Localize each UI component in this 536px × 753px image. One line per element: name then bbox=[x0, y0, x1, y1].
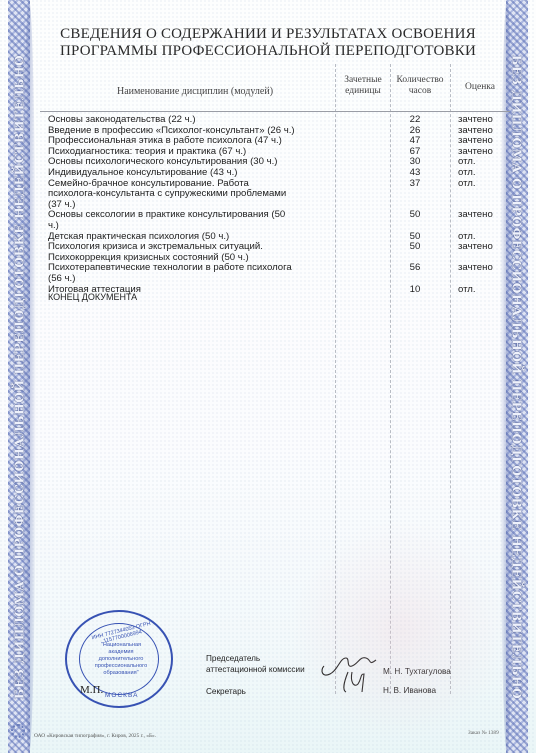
header-credits-line2: единицы bbox=[336, 86, 390, 97]
discipline-name: Основы сексологии в практике консультиро… bbox=[48, 210, 298, 231]
secretary-label: Секретарь bbox=[206, 686, 246, 697]
title-line-2: ПРОГРАММЫ ПРОФЕССИОНАЛЬНОЙ ПЕРЕПОДГОТОВК… bbox=[40, 43, 496, 60]
discipline-hours: 56 bbox=[400, 263, 430, 274]
discipline-grade: зачтено bbox=[458, 210, 493, 221]
header-credits-line1: Зачетные bbox=[336, 75, 390, 86]
discipline-name: Психотерапевтические технологии в работе… bbox=[48, 263, 298, 284]
discipline-hours: 37 bbox=[400, 179, 430, 190]
document-page: БЕЗ ДИПЛОМА О ПРОФЕССИОНАЛЬНОЙ ПЕРЕПОДГО… bbox=[0, 0, 536, 753]
header-hours-line2: часов bbox=[391, 86, 449, 97]
chairman-name: М. Н. Тухтагулова bbox=[383, 667, 451, 676]
disciplines-table-body: Основы законодательства (22 ч.)22зачтено… bbox=[48, 115, 508, 295]
chairman-label-line1: Председатель bbox=[206, 653, 305, 664]
discipline-hours: 10 bbox=[400, 285, 430, 296]
header-divider bbox=[40, 111, 510, 112]
discipline-grade: зачтено bbox=[458, 115, 493, 126]
seal-place-mark: М.П. bbox=[80, 684, 103, 696]
discipline-hours: 22 bbox=[400, 115, 430, 126]
right-guilloche-border: БЕЗ ДИПЛОМА О ПРОФЕССИОНАЛЬНОЙ ПЕРЕПОДГО… bbox=[506, 0, 528, 753]
discipline-name: Индивидуальное консультирование (43 ч.) bbox=[48, 168, 298, 179]
discipline-name: Психология кризиса и экстремальных ситуа… bbox=[48, 242, 298, 263]
header-hours-line1: Количество bbox=[391, 75, 449, 86]
seal-organization-name: "Национальная академия дополнительного п… bbox=[93, 642, 149, 677]
table-row: Основы законодательства (22 ч.)22зачтено bbox=[48, 115, 508, 126]
discipline-name: Основы законодательства (22 ч.) bbox=[48, 115, 298, 126]
header-hours: Количество часов bbox=[391, 75, 449, 97]
secretary-name: Н. В. Иванова bbox=[383, 686, 436, 695]
right-border-text: БЕЗ ДИПЛОМА О ПРОФЕССИОНАЛЬНОЙ ПЕРЕПОДГО… bbox=[510, 54, 525, 698]
document-title: СВЕДЕНИЯ О СОДЕРЖАНИИ И РЕЗУЛЬТАТАХ ОСВО… bbox=[40, 26, 496, 60]
title-line-1: СВЕДЕНИЯ О СОДЕРЖАНИИ И РЕЗУЛЬТАТАХ ОСВО… bbox=[40, 26, 496, 43]
left-guilloche-border: БЕЗ ДИПЛОМА О ПРОФЕССИОНАЛЬНОЙ ПЕРЕПОДГО… bbox=[8, 0, 30, 753]
discipline-grade: зачтено bbox=[458, 263, 493, 274]
gear-ornament-icon bbox=[11, 724, 25, 738]
header-credits: Зачетные единицы bbox=[336, 75, 390, 97]
chairman-label: Председатель аттестационной комиссии bbox=[206, 653, 305, 675]
order-number: Заказ № 1389 bbox=[468, 730, 499, 736]
discipline-hours: 50 bbox=[400, 242, 430, 253]
end-of-document-marker: КОНЕЦ ДОКУМЕНТА bbox=[48, 292, 137, 302]
discipline-name: Семейно-брачное консультирование. Работа… bbox=[48, 179, 298, 211]
table-row: Основы сексологии в практике консультиро… bbox=[48, 210, 508, 231]
table-row: Психология кризиса и экстремальных ситуа… bbox=[48, 242, 508, 263]
printer-imprint: ОАО «Кировская типография», г. Киров, 20… bbox=[34, 733, 156, 739]
table-row: Индивидуальное консультирование (43 ч.)4… bbox=[48, 168, 508, 179]
chairman-label-line2: аттестационной комиссии bbox=[206, 664, 305, 675]
header-discipline-name: Наименование дисциплин (модулей) bbox=[60, 86, 330, 97]
discipline-hours: 50 bbox=[400, 210, 430, 221]
discipline-grade: зачтено bbox=[458, 242, 493, 253]
left-border-text: БЕЗ ДИПЛОМА О ПРОФЕССИОНАЛЬНОЙ ПЕРЕПОДГО… bbox=[12, 54, 27, 698]
handwritten-signature-icon bbox=[318, 648, 382, 698]
discipline-grade: отл. bbox=[458, 179, 476, 190]
discipline-grade: отл. bbox=[458, 168, 476, 179]
table-row: Семейно-брачное консультирование. Работа… bbox=[48, 179, 508, 211]
seal-city: МОСКВА bbox=[105, 692, 138, 699]
discipline-grade: отл. bbox=[458, 285, 476, 296]
header-grade: Оценка bbox=[450, 82, 510, 93]
table-row: Психотерапевтические технологии в работе… bbox=[48, 263, 508, 284]
discipline-hours: 43 bbox=[400, 168, 430, 179]
